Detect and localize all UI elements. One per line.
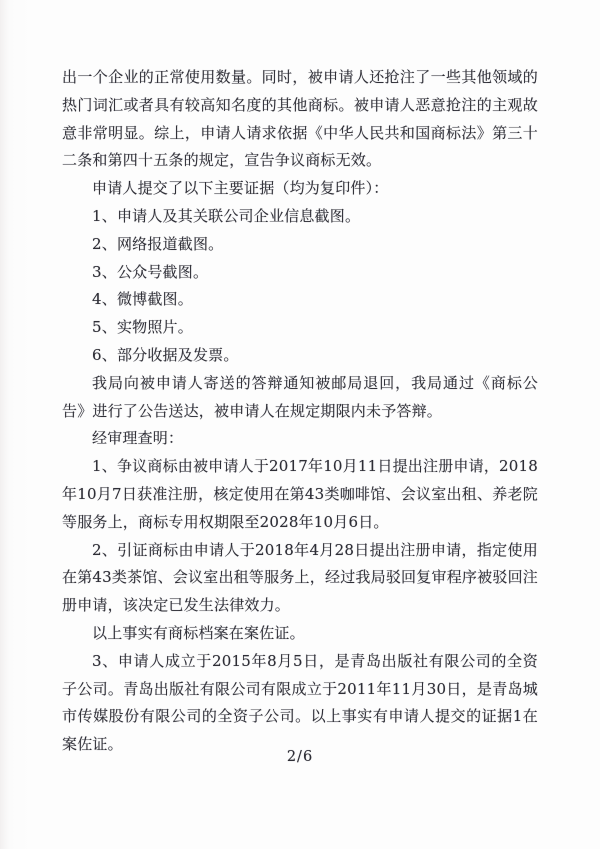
paragraph: 1、争议商标由被申请人于2017年10月11日提出注册申请，2018年10月7日… <box>62 453 538 536</box>
paragraph: 以上事实有商标档案在案佐证。 <box>62 620 538 648</box>
paragraph: 4、微博截图。 <box>62 286 538 314</box>
paragraph: 1、申请人及其关联公司企业信息截图。 <box>62 203 538 231</box>
paragraph: 2、网络报道截图。 <box>62 231 538 259</box>
paragraph: 5、实物照片。 <box>62 314 538 342</box>
paragraph: 2、引证商标由申请人于2018年4月28日提出注册申请，指定使用在第43类茶馆、… <box>62 537 538 620</box>
page-number: 2/6 <box>0 749 600 765</box>
paragraph: 3、申请人成立于2015年8月5日，是青岛出版社有限公司的全资子公司。青岛出版社… <box>62 648 538 759</box>
paragraph: 出一个企业的正常使用数量。同时，被申请人还抢注了一些其他领域的热门词汇或者具有较… <box>62 64 538 175</box>
document-page: 出一个企业的正常使用数量。同时，被申请人还抢注了一些其他领域的热门词汇或者具有较… <box>0 0 600 849</box>
paragraph: 6、部分收据及发票。 <box>62 342 538 370</box>
document-body: 出一个企业的正常使用数量。同时，被申请人还抢注了一些其他领域的热门词汇或者具有较… <box>62 64 538 759</box>
paragraph: 经审理查明： <box>62 425 538 453</box>
paragraph: 我局向被申请人寄送的答辩通知被邮局退回，我局通过《商标公告》进行了公告送达，被申… <box>62 370 538 426</box>
paragraph: 3、公众号截图。 <box>62 259 538 287</box>
paragraph: 申请人提交了以下主要证据（均为复印件）： <box>62 175 538 203</box>
